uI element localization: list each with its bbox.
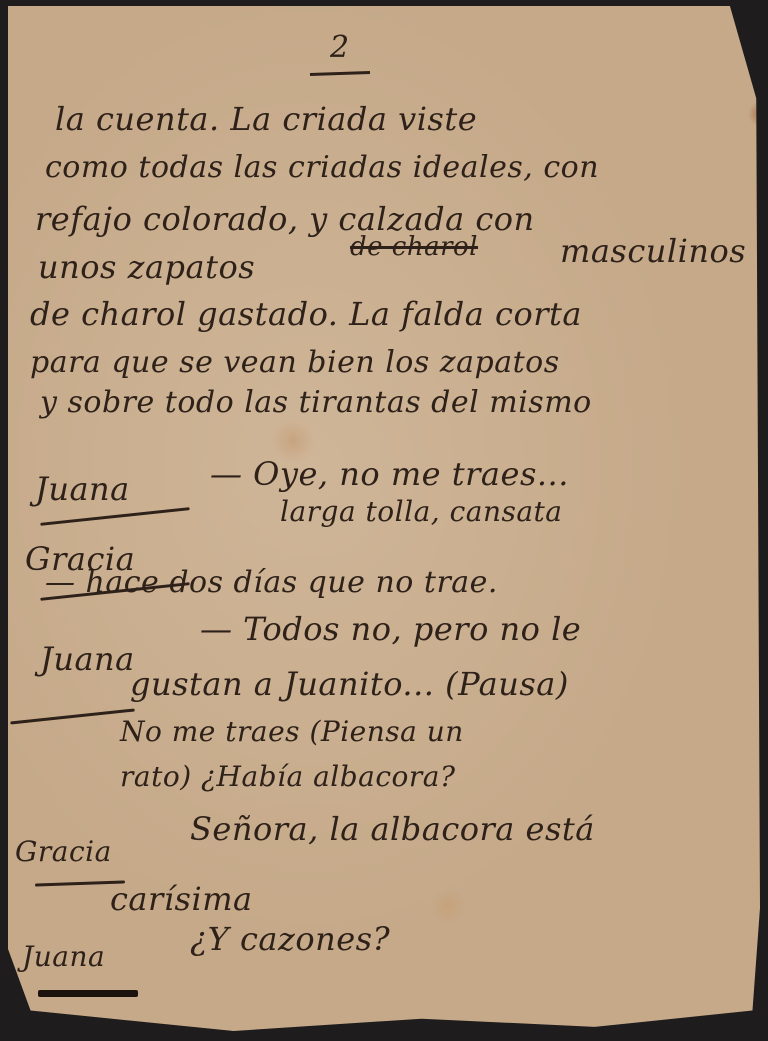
narrative-line-6: para que se vean bien los zapatos — [30, 345, 560, 380]
dialogue-line-5: gustan a Juanito... (Pausa) — [130, 665, 569, 703]
speaker-juana: Juana — [22, 940, 105, 973]
speaker-gracia: Gracia — [15, 835, 112, 868]
dialogue-line-9: carísima — [110, 880, 253, 918]
dialogue-line-7: rato) ¿Había albacora? — [120, 760, 456, 793]
dialogue-line-3: — hace dos días que no trae. — [45, 565, 498, 600]
dialogue-line-2: larga tolla, cansata — [280, 495, 562, 528]
speaker-juana: Juana — [40, 640, 135, 678]
narrative-line-1: la cuenta. La criada viste — [55, 100, 477, 138]
page-number: 2 — [330, 30, 350, 65]
dialogue-line-8: Señora, la albacora está — [190, 810, 595, 848]
dialogue-line-1: — Oye, no me traes... — [210, 455, 569, 493]
struck-text: de charol — [350, 232, 478, 262]
dialogue-line-6: No me traes (Piensa un — [120, 715, 464, 748]
narrative-line-2: como todas las criadas ideales, con — [45, 150, 599, 185]
narrative-line-4b: masculinos — [560, 232, 746, 270]
dialogue-line-4: — Todos no, pero no le — [200, 610, 581, 648]
narrative-line-7: y sobre todo las tirantas del mismo — [40, 385, 592, 420]
dialogue-line-10: ¿Y cazones? — [190, 920, 390, 958]
narrative-line-4a: unos zapatos — [38, 248, 255, 286]
speaker-juana: Juana — [35, 470, 130, 508]
narrative-line-5: de charol gastado. La falda corta — [30, 295, 582, 333]
speaker-underline — [38, 990, 138, 997]
